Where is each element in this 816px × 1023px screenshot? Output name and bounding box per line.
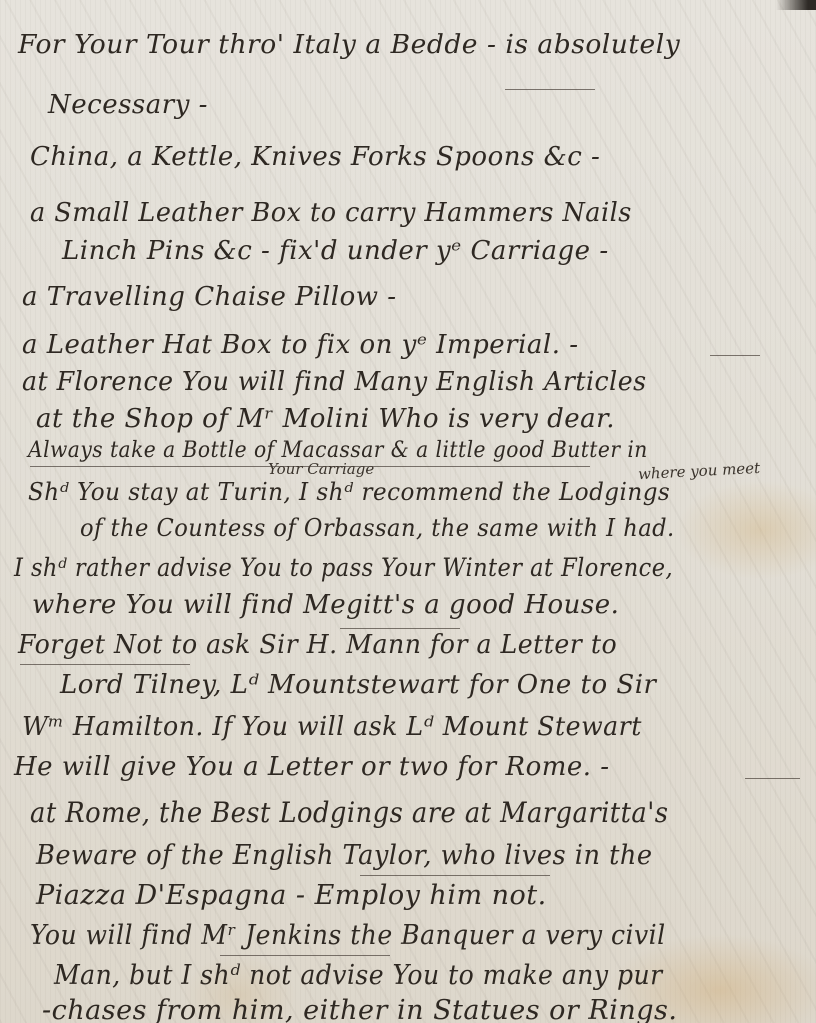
underline-rule: [30, 466, 590, 467]
page-corner-shadow: [776, 0, 816, 10]
underline-rule: [505, 89, 595, 90]
interlinear-note: where you meet: [638, 459, 761, 483]
letter-line: You will find Mʳ Jenkins the Banquer a v…: [30, 920, 666, 951]
letter-line: -chases from him, either in Statues or R…: [42, 995, 677, 1023]
letter-line: Lord Tilney, Lᵈ Mountstewart for One to …: [60, 670, 656, 700]
letter-line: at Rome, the Best Lodgings are at Margar…: [30, 796, 668, 829]
underline-rule: [340, 628, 460, 629]
underline-rule: [20, 664, 190, 665]
letter-line: where You will find Megitt's a good Hous…: [32, 590, 619, 620]
letter-line: of the Countess of Orbassan, the same wi…: [80, 514, 675, 542]
letter-line: a Small Leather Box to carry Hammers Nai…: [30, 198, 632, 228]
underline-rule: [220, 955, 390, 956]
underline-rule: [360, 875, 550, 876]
letter-line: a Leather Hat Box to fix on yᵉ Imperial.…: [22, 330, 579, 360]
letter-line: Linch Pins &c - fix'd under yᵉ Carriage …: [62, 236, 609, 266]
letter-line: For Your Tour thro' Italy a Bedde - is a…: [18, 30, 680, 60]
letter-line: Beware of the English Taylor, who lives …: [36, 840, 653, 871]
letter-line: Forget Not to ask Sir H. Mann for a Lett…: [18, 630, 617, 660]
dash-rule: [745, 778, 800, 779]
letter-line: at the Shop of Mʳ Molini Who is very dea…: [36, 404, 615, 434]
letter-line: a Travelling Chaise Pillow -: [22, 282, 397, 312]
letter-page: For Your Tour thro' Italy a Bedde - is a…: [0, 0, 816, 1023]
letter-line: Piazza D'Espagna - Employ him not.: [36, 880, 547, 911]
letter-line: Wᵐ Hamilton. If You will ask Lᵈ Mount St…: [22, 712, 642, 742]
letter-line: Man, but I shᵈ not advise You to make an…: [54, 960, 663, 991]
letter-line: at Florence You will find Many English A…: [22, 367, 647, 397]
letter-line: China, a Kettle, Knives Forks Spoons &c …: [30, 142, 600, 172]
letter-line: Necessary -: [48, 90, 208, 120]
dash-rule: [710, 355, 760, 356]
interlinear-note: Your Carriage: [268, 460, 374, 478]
letter-line: Shᵈ You stay at Turin, I shᵈ recommend t…: [28, 478, 670, 506]
letter-line: I shᵈ rather advise You to pass Your Win…: [14, 553, 673, 582]
letter-line: He will give You a Letter or two for Rom…: [14, 752, 610, 782]
